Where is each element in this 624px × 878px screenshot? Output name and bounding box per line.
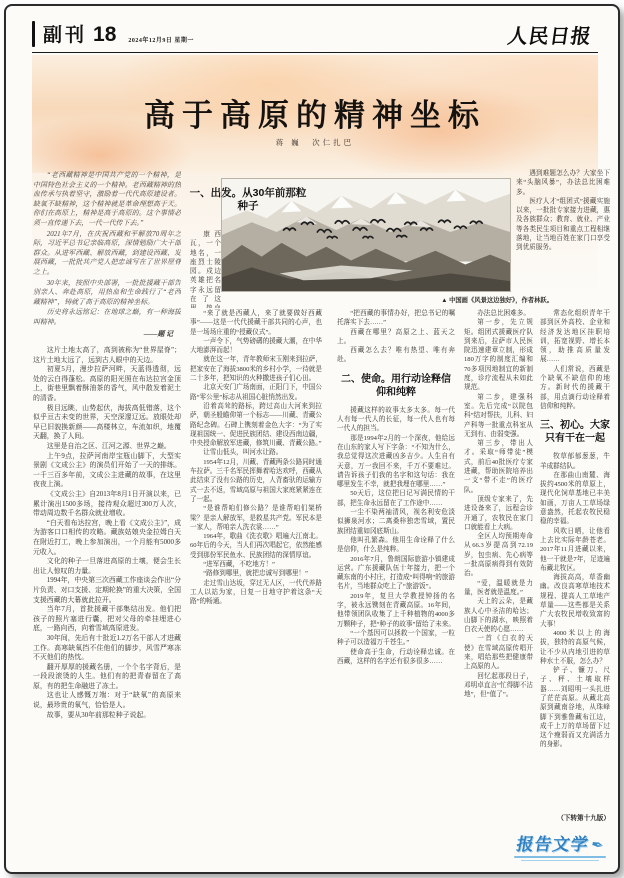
paragraph: “一个基因可以拯救一个国家，一粒种子可以造福万千苍生。” (337, 629, 455, 648)
column-5-before: 常态化组织青年干部到区外高校、企业和经济发达地区挂职培训，拓宽视野、增长本领，助… (540, 309, 610, 411)
paragraph: 办法总比困难多。 (464, 309, 533, 318)
column-2-narrow: 康西瓦，一个地名，一座烈士陵园。戍边英雄把名字永远留在了这里，热血沉进昆仑冻土。 (190, 230, 221, 308)
paragraph: 走过雪山达坂，穿过无人区，一代代养路工人以站为家，日复一日地守护着这条“天路”的… (190, 579, 322, 607)
paragraph: 海拔高高，草香幽幽。改良高寒草地技术规程、提高人工草地产草量——这些都是关系广大… (540, 573, 610, 629)
paragraph: 牧草郁郁葱葱，牛羊成群结队。 (540, 452, 610, 471)
paragraph: 50天后，这位把日记写满民情的干部，把生命永远留在了工作途中…… (337, 489, 455, 508)
column-3-body: 援藏这样的故事太多太多。每一代人有每一代人的长征，每一代人也有每一代人的担当。那… (337, 406, 455, 666)
paragraph: 第三步，带出人才。采取“师带徒”模式，前后40批医疗专家进藏，帮助医院培养出一支… (464, 439, 533, 495)
section-3-heading: 三、初心。大家只有干在一起 (540, 419, 610, 445)
paragraph: 2016年7月，鲁朗国际旅游小镇建成运营。广东援藏队伍十年接力，把一个藏东南的小… (337, 555, 455, 592)
paragraph: “路修到哪里，就把忠诚写到哪里！” (190, 569, 322, 578)
paragraph: “是谁帮咱们修公路？是谁帮咱们架桥梁？是亲人解放军，是救星共产党。军民本是一家人… (190, 504, 322, 532)
column-5-top: 遇到难题怎么办？大家坐下来“头脑风暴”，办法总比困难多。医疗人才“组团式”援藏实… (516, 169, 610, 302)
paragraph: 一首《白衣的天使》在雪域高原传唱开来，唱给那些把健康带上高原的人。 (464, 634, 533, 671)
paragraph: 援藏这样的故事太多太多。每一代人有每一代人的长征，每一代人也有每一代人的担当。 (337, 406, 455, 434)
paragraph: 30年间，先后有十批近1.2万名干部人才进藏工作。高寒缺氧挡不住他们的脚步，风雪… (33, 634, 181, 663)
paragraph: 4000米以上的海拔，独特的高原气候，让不少从内地引进的草种水土不服，怎么办？ (540, 629, 610, 666)
paragraph: 回忆起那段日子，邓明卓直言“忙得脚不沾地”，但“值了”。 (464, 672, 533, 700)
page-header: 副刊 18 2024年12月9日 星期一 (32, 20, 194, 47)
epigraph: “老西藏精神是中国共产党的一个精神，是中国特色社会主义的一个精神。老西藏精神的热… (33, 171, 181, 328)
paragraph: 1994年，中央第三次西藏工作座谈会作出“分片负责、对口支援、定期轮换”的重大决… (33, 576, 181, 605)
paragraph: 第一步，先立规矩。组团式援藏医疗队到来后，拉萨市人民医院迅速建章立制，形成180… (464, 318, 533, 392)
article-byline: 蒋 巍 次仁扎巴 (32, 137, 598, 148)
paragraph: 这也让人感慨万端：对于“缺氧”的高原来说，最珍贵的氧气，恰恰是人。 (33, 691, 181, 710)
paragraph: 全区人均预期寿命从66.3岁提高到72.19岁，包虫病、先心病等一批高原病得到有… (464, 532, 533, 578)
paragraph: 那是1994年2月的一个深夜，他给远在山东的家人写下字条：“不知为什么，我总觉得… (337, 434, 455, 490)
paragraph: 当年7月，首批援藏干部集结出发。他们把孩子的照片塞进行囊，把对父母的牵挂埋进心底… (33, 605, 181, 634)
paragraph: “进军西藏，不吃地方！” (190, 560, 322, 569)
paragraph: 就在这一年，青年教师宋玉刚来到拉萨，把家安在了海拔3800米的乡村小学，一待就是… (190, 355, 322, 383)
paragraph: 西藏在哪里？高原之上、蓝天之上。 (337, 328, 455, 347)
paragraph: 铲子、镰刀、尺子、秤、土壤取样器……刘昭明一头扎进了茫茫高原。从藏北高原到藏南谷… (540, 666, 610, 750)
column-5: 常态化组织青年干部到区外高校、企业和经济发达地区挂职培训，拓宽视野、增长本领，助… (540, 309, 610, 807)
narrow-text: 康西瓦，一个地名，一座烈士陵园。戍边英雄把名字永远留在了这里，热血沉进昆仑冻土。 (190, 230, 221, 308)
paragraph: 30年来，按照中央部署，一批批援藏干部告别亲人、奔赴高原，用热血和生命践行了“老… (33, 279, 181, 308)
article-title: 高于高原的精神坐标 (32, 90, 598, 135)
date-label: 2024年12月9日 星期一 (128, 35, 194, 47)
paragraph: 一尘不染两袖清风，视名利安危淡似狮泉河水；二离桑梓独恋雪域，置民族团结重如冈底斯… (337, 508, 455, 536)
paragraph: 1954年12月，川藏、青藏两条公路同时通车拉萨。三千名军民挥舞着哈达欢呼，西藏… (190, 458, 322, 504)
column-2: “来了就是西藏人，来了就要做好西藏事”——这是一代代援藏干部共同的心声，也是一场… (190, 309, 322, 865)
paragraph: 2019年，复旦大学教授钟扬的名字，被永远镌刻在青藏高原。16年间，他带领团队收… (337, 592, 455, 629)
section-2-heading: 二、使命。用行动诠释信仰和纯粹 (337, 373, 455, 399)
continuation-note: （下转第十九版） (524, 812, 610, 822)
paragraph: 极目远眺，山势起伏，海拔高低错落，这个似乎亘古未变的世界，天空深邃辽远。放眼处却… (33, 404, 181, 442)
paragraph: “来了就是西藏人，来了就要做好西藏事”——这是一代代援藏干部共同的心声，也是一场… (190, 309, 322, 337)
paragraph: 故事，要从30年前那粒种子说起。 (33, 711, 181, 721)
paragraph: 这片土地太高了，高到被称为“世界屋脊”；这片土地太远了，远到古人眼中的天边。 (33, 346, 181, 365)
paragraph: 北京天安门广场南面，正阳门下，中国公路“零公里”标志从祖国心脏悄然出发。 (190, 383, 322, 402)
paragraph: 人们常说，西藏是个缺氧不缺信仰的地方。新时代的援藏干部，用点滴行动诠释着信仰和纯… (540, 365, 610, 411)
paragraph: 使命高于生命，行动诠释忠诚。在西藏，这样的名字还有很多很多…… (337, 648, 455, 667)
section-1-heading: 一、出发。从30年前那粒种子 (188, 187, 308, 213)
section-label: 副刊 (43, 20, 87, 47)
paragraph: “老西藏精神是中国共产党的一个精神，是中国特色社会主义的一个精神。老西藏精神的热… (33, 171, 181, 229)
paragraph: 这里是自治之区、江河之源、世界之巅。 (33, 442, 181, 452)
paragraph: 在那曲山南麓、海拔约4500米的草原上，现代化饲草基地已丰美如画，万亩人工草场绿… (540, 471, 610, 527)
paragraph: 沿着高耸的路标，跨过高山大河来到拉萨，朝圣般瞻仰第一个标志——川藏、青藏公路纪念… (190, 402, 322, 448)
epigraph-signature: ——题 记 (33, 330, 173, 340)
paragraph: 天上的云朵，是藏族人心中圣洁的哈达；山脚下的湖水，映照着白衣天使的心愿…… (464, 597, 533, 634)
paragraph: 第二步，建强科室。先后完成“以院包科”结对帮扶，儿科、妇产科等一批重点科室从无到… (464, 393, 533, 439)
paragraph: 2021年7月，在庆祝西藏和平解放70周年之际，习近平总书记亲临高原，深情勉励广… (33, 230, 181, 278)
paragraph: 一声令下，气势磅礴的援藏大潮，在中华大地澎湃而起！ (190, 337, 322, 356)
genre-logo-block: 报告文学✒ (506, 830, 614, 861)
genre-underline (514, 856, 606, 858)
painting-caption: ▲ 中国画《风景这边独好》，作者林跃。 (306, 295, 553, 304)
genre-logo-text: 报告文学 (514, 830, 590, 855)
masthead-logo: 人民日报 (506, 20, 594, 49)
paragraph: 医疗人才“组团式”援藏实施以来，一批批专家接力进藏，惠及各族群众；教育、就业、产… (516, 197, 610, 253)
column-3-lead: “把西藏的事情办好，把总书记的嘱托落实下去……”西藏在哪里？高原之上、蓝天之上。… (337, 309, 455, 365)
paragraph: 《文成公主》自2013年8月1日开演以来，已累计演出1500多场，接待观众超过3… (33, 490, 181, 519)
paragraph: “把西藏的事情办好，把总书记的嘱托落实下去……” (337, 309, 455, 328)
paragraph: 初夏5月，漫步拉萨河畔，天蓝得透彻，远处的云白得蓬松。高原的阳光照在布达拉宫金顶… (33, 365, 181, 403)
page-number: 18 (93, 23, 116, 47)
column-3: “把西藏的事情办好，把总书记的嘱托落实下去……”西藏在哪里？高原之上、蓝天之上。… (337, 309, 455, 865)
column-1-body: 这片土地太高了，高到被称为“世界屋脊”；这片土地太远了，远到古人眼中的天边。初夏… (33, 346, 181, 720)
paragraph: 上午9点，拉萨河南岸宝瓶山脚下，大型实景剧《文成公主》的演员们开始了一天的排练。… (33, 452, 181, 490)
newspaper-page: 副刊 18 2024年12月9日 星期一 人民日报 高于高原的精神坐标 蒋 巍 … (4, 4, 620, 874)
genre-underline-2 (521, 860, 599, 861)
pen-icon: ✒ (589, 835, 605, 856)
column-5-after: 牧草郁郁葱葱，牛羊成群结队。在那曲山南麓、海拔约4500米的草原上，现代化饲草基… (540, 452, 610, 750)
column-1: “老西藏精神是中国共产党的一个精神，是中国特色社会主义的一个精神。老西藏精神的热… (33, 171, 181, 865)
paragraph: 顶级专家来了，先进设备来了，远程会诊开通了，农牧民在家门口就能看上大病。 (464, 495, 533, 532)
paragraph: 风吹日晒，让他看上去比实际年龄苍老。2017年11月进藏以来，他一干就是7年，足… (540, 527, 610, 573)
paragraph: 让雪山低头，叫河水让路。 (190, 448, 322, 457)
paragraph: “爱，温暖就是力量，医者就是温度。” (464, 579, 533, 598)
paragraph: 翻开厚厚的援藏名册，一个个名字背后，是一段段滚烫的人生。他们有的把青春留在了高原… (33, 663, 181, 692)
header-bracket-mark (32, 21, 35, 47)
paragraph: 历史将永远铭记：在地球之巅，有一种海拔叫精神。 (33, 308, 181, 327)
paragraph: 他叫孔繁森。他用生命诠释了什么是信仰，什么是纯粹。 (337, 536, 455, 555)
paragraph: 文化的种子一旦落进高原的土壤，便会生长出让人惊叹的力量。 (33, 557, 181, 576)
paragraph: 西藏怎么去？唯有热望、唯有奔赴。 (337, 346, 455, 365)
header-rule (32, 52, 598, 53)
paragraph: 遇到难题怎么办？大家坐下来“头脑风暴”，办法总比困难多。 (516, 169, 610, 197)
paragraph: “白天看布达拉宫，晚上看《文成公主》”，成为游客口口相传的攻略。藏族姑娘央金拉姆… (33, 519, 181, 557)
column-4: 办法总比困难多。第一步，先立规矩。组团式援藏医疗队到来后，拉萨市人民医院迅速建章… (464, 309, 533, 865)
paragraph: 1964年，歌曲《洗衣歌》唱遍大江南北。60年后的今天，当人们再次唱起它，依然能… (190, 532, 322, 560)
paragraph: 常态化组织青年干部到区外高校、企业和经济发达地区挂职培训，拓宽视野、增长本领，助… (540, 309, 610, 365)
